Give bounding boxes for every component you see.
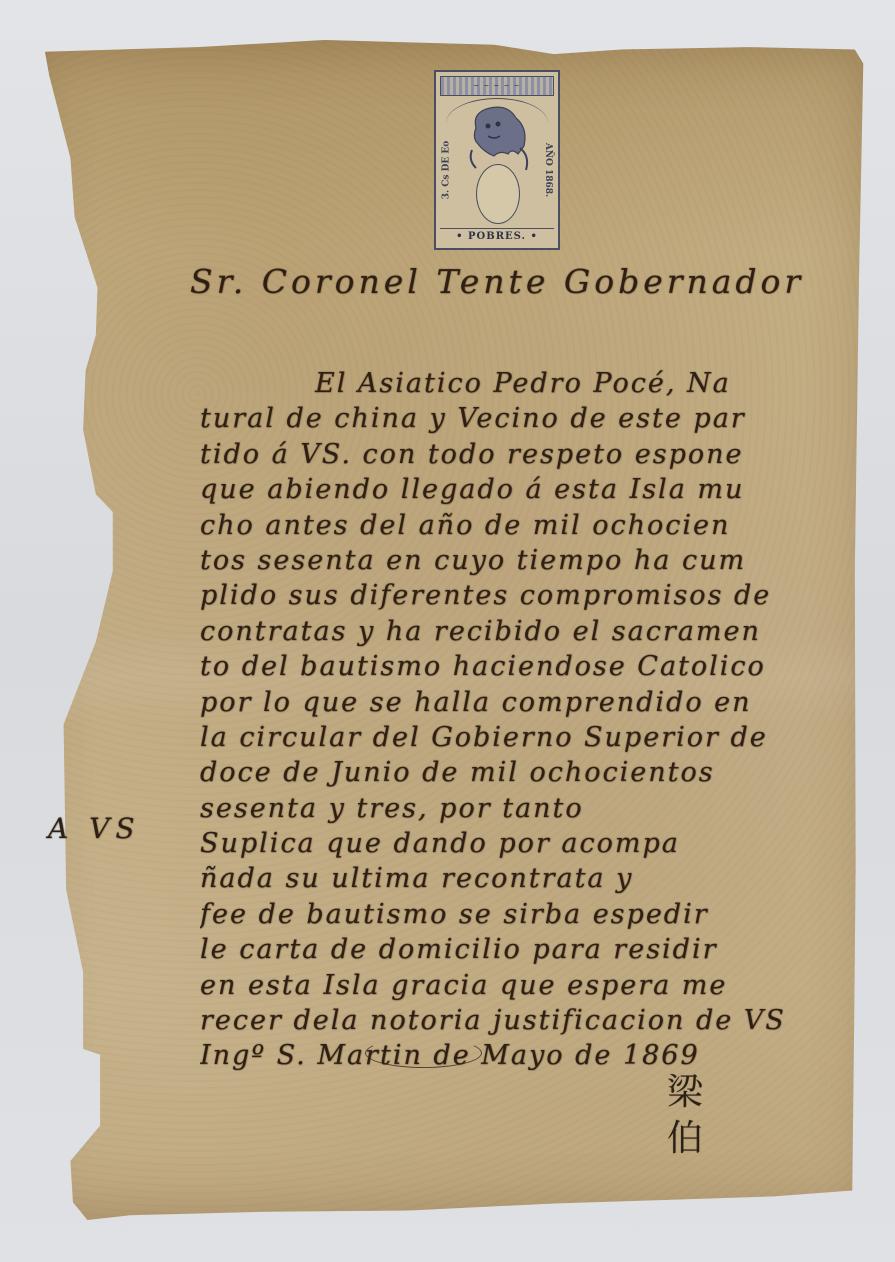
body-line: doce de Junio de mil ochocientos <box>200 757 850 792</box>
body-line: Suplica que dando por acompa <box>200 828 850 863</box>
signature-flourish <box>365 1038 482 1068</box>
body-line: contratas y ha recibido el sacramen <box>200 616 850 651</box>
stamp-shield-oval <box>476 164 520 224</box>
body-line: que abiendo llegado á esta Isla mu <box>200 474 850 509</box>
stamp-left-text: 3. Cs DE Eo <box>440 112 452 228</box>
body-line: to del bautismo haciendose Catolico <box>200 651 850 686</box>
body-line: tural de china y Vecino de este par <box>200 403 850 438</box>
body-line: sesenta y tres, por tanto <box>200 793 850 828</box>
chinese-signature: 梁 伯 <box>660 1070 710 1162</box>
signature-char: 伯 <box>660 1116 710 1162</box>
body-line: recer dela notoria justificacion de VS <box>200 1005 850 1040</box>
body-line: cho antes del año de mil ochocien <box>200 510 850 545</box>
body-line: la circular del Gobierno Superior de <box>200 722 850 757</box>
body-line: plido sus diferentes compromisos de <box>200 580 850 615</box>
margin-heading: A VS <box>48 812 141 845</box>
body-line: tos sesenta en cuyo tiempo ha cum <box>200 545 850 580</box>
body-line: ñada su ultima recontrata y <box>200 863 850 898</box>
body-line: en esta Isla gracia que espera me <box>200 970 850 1005</box>
salutation: Sr. Coronel Tente Gobernador <box>190 262 804 301</box>
stamp-right-text: AÑO 1868. <box>542 112 554 228</box>
date-line: Ingº S. Martin de Mayo de 1869 <box>200 1040 850 1075</box>
stamp-bottom-label: • POBRES. • <box>440 228 554 245</box>
body-line: tido á VS. con todo respeto espone <box>200 439 850 474</box>
body-line: El Asiatico Pedro Pocé, Na <box>200 368 850 403</box>
body-line: fee de bautismo se sirba espedir <box>200 899 850 934</box>
revenue-stamp: ~ ~ ~ ~ ~ 3. Cs DE Eo AÑO 1868. • POBRES… <box>434 70 560 250</box>
body-line: por lo que se halla comprendido en <box>200 687 850 722</box>
body-line: le carta de domicilio para residir <box>200 934 850 969</box>
petition-body: El Asiatico Pedro Pocé, Na tural de chin… <box>200 368 850 1076</box>
stamp-top-band: ~ ~ ~ ~ ~ <box>440 76 554 96</box>
signature-char: 梁 <box>660 1070 710 1116</box>
